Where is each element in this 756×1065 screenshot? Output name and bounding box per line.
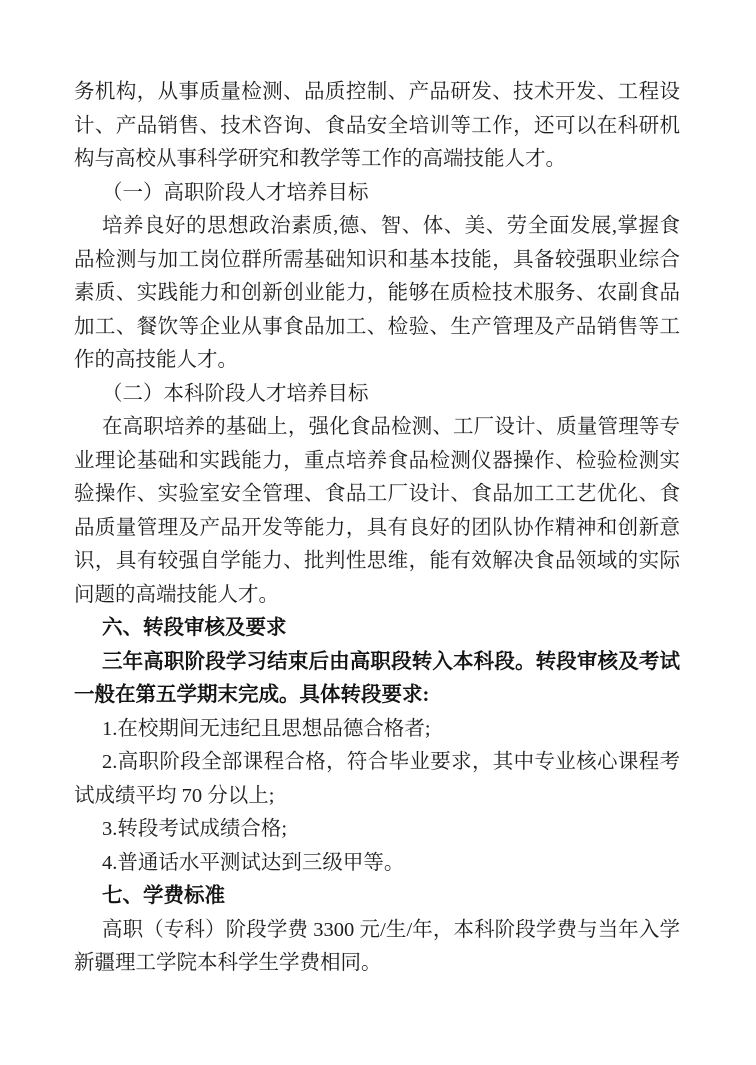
subheading-vocational-stage-goal: （一）高职阶段人才培养目标 [74, 177, 680, 211]
para-tuition-standard: 高职（专科）阶段学费 3300 元/生/年，本科阶段学费与当年入学新疆理工学院本… [74, 914, 680, 981]
para-vocational-stage-goal: 培养良好的思想政治素质,德、智、体、美、劳全面发展,掌握食品检测与加工岗位群所需… [74, 210, 680, 378]
para-transfer-review-intro: 三年高职阶段学习结束后由高职段转入本科段。转段审核及考试一般在第五学期末完成。具… [74, 646, 680, 713]
document-body: 务机构，从事质量检测、品质控制、产品研发、技术开发、工程设计、产品销售、技术咨询… [74, 76, 680, 981]
document-page: 务机构，从事质量检测、品质控制、产品研发、技术开发、工程设计、产品销售、技术咨询… [0, 0, 756, 1065]
list-item-transfer-requirement-3: 3.转段考试成绩合格; [74, 813, 680, 847]
para-continuation-employment-scope: 务机构，从事质量检测、品质控制、产品研发、技术开发、工程设计、产品销售、技术咨询… [74, 76, 680, 177]
list-item-transfer-requirement-1: 1.在校期间无违纪且思想品德合格者; [74, 713, 680, 747]
para-undergraduate-stage-goal: 在高职培养的基础上，强化食品检测、工厂设计、质量管理等专业理论基础和实践能力，重… [74, 411, 680, 612]
heading-section-7-tuition-standard: 七、学费标准 [74, 880, 680, 914]
list-item-transfer-requirement-4: 4.普通话水平测试达到三级甲等。 [74, 847, 680, 881]
heading-section-6-transfer-review: 六、转段审核及要求 [74, 612, 680, 646]
list-item-transfer-requirement-2: 2.高职阶段全部课程合格，符合毕业要求，其中专业核心课程考试成绩平均 70 分以… [74, 746, 680, 813]
subheading-undergraduate-stage-goal: （二）本科阶段人才培养目标 [74, 378, 680, 412]
